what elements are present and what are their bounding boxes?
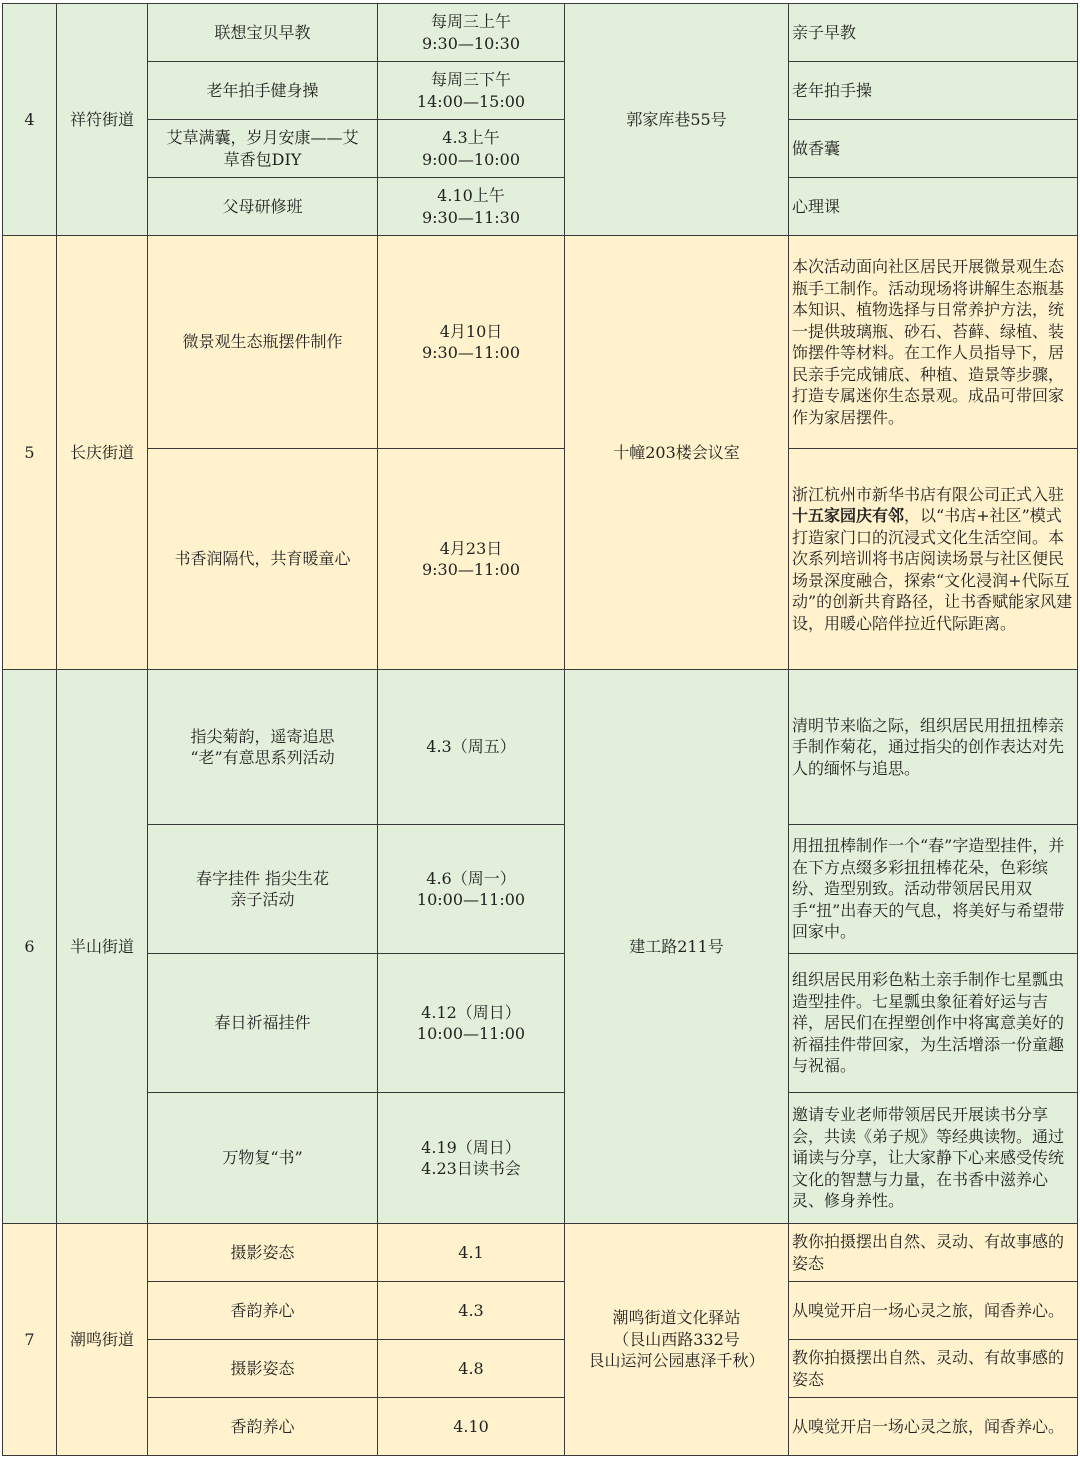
- activity-time: 每周三下午 14:00—15:00: [378, 62, 565, 120]
- row-number: 6: [3, 670, 57, 1224]
- activity-description: 用扭扭棒制作一个“春”字造型挂件，并在下方点缀多彩扭扭棒花朵，色彩缤纷、造型别致…: [789, 825, 1078, 954]
- activity-location: 建工路211号: [565, 670, 789, 1224]
- table-row: 香韵养心 4.10 从嗅觉开启一场心灵之旅，闻香养心。: [3, 1398, 1078, 1456]
- activity-name: 香韵养心: [148, 1398, 378, 1456]
- desc-text: 浙江杭州市新华书店有限公司正式入驻: [792, 485, 1064, 504]
- activity-time: 4月10日 9:30—11:00: [378, 236, 565, 449]
- activity-name: 摄影姿态: [148, 1340, 378, 1398]
- activity-description: 清明节来临之际，组织居民用扭扭棒亲手制作菊花，通过指尖的创作表达对先人的缅怀与追…: [789, 670, 1078, 825]
- activity-time: 4.3（周五）: [378, 670, 565, 825]
- activity-time: 4月23日 9:30—11:00: [378, 449, 565, 670]
- table-row: 书香润隔代，共育暖童心 4月23日 9:30—11:00 浙江杭州市新华书店有限…: [3, 449, 1078, 670]
- activity-name: 万物复“书”: [148, 1093, 378, 1224]
- activity-description: 从嗅觉开启一场心灵之旅，闻香养心。: [789, 1282, 1078, 1340]
- table-row: 香韵养心 4.3 从嗅觉开启一场心灵之旅，闻香养心。: [3, 1282, 1078, 1340]
- activity-description: 邀请专业老师带领居民开展读书分享会，共读《弟子规》等经典读物。通过诵读与分享，让…: [789, 1093, 1078, 1224]
- activity-time: 4.3: [378, 1282, 565, 1340]
- desc-highlight: 十五家园庆有邻: [792, 506, 904, 525]
- activity-description: 做香囊: [789, 120, 1078, 178]
- activity-name: 父母研修班: [148, 178, 378, 236]
- table-row: 4 祥符街道 联想宝贝早教 每周三上午 9:30—10:30 郭家库巷55号 亲…: [3, 4, 1078, 62]
- activity-time: 4.1: [378, 1224, 565, 1282]
- activity-description: 亲子早教: [789, 4, 1078, 62]
- activity-name: 老年拍手健身操: [148, 62, 378, 120]
- activity-description: 老年拍手操: [789, 62, 1078, 120]
- table-row: 7 潮鸣街道 摄影姿态 4.1 潮鸣街道文化驿站 （艮山西路332号 艮山运河公…: [3, 1224, 1078, 1282]
- activity-description: 本次活动面向社区居民开展微景观生态瓶手工制作。活动现场将讲解生态瓶基本知识、植物…: [789, 236, 1078, 449]
- activity-description: 教你拍摄摆出自然、灵动、有故事感的姿态: [789, 1224, 1078, 1282]
- activity-name: 春字挂件 指尖生花 亲子活动: [148, 825, 378, 954]
- activity-location: 十幢203楼会议室: [565, 236, 789, 670]
- table-row: 万物复“书” 4.19（周日） 4.23日读书会 邀请专业老师带领居民开展读书分…: [3, 1093, 1078, 1224]
- activity-time: 4.10: [378, 1398, 565, 1456]
- activity-description: 从嗅觉开启一场心灵之旅，闻香养心。: [789, 1398, 1078, 1456]
- activity-schedule-table: 4 祥符街道 联想宝贝早教 每周三上午 9:30—10:30 郭家库巷55号 亲…: [2, 3, 1078, 1456]
- activity-name: 春日祈福挂件: [148, 954, 378, 1093]
- street-name: 长庆街道: [57, 236, 148, 670]
- table-row: 5 长庆街道 微景观生态瓶摆件制作 4月10日 9:30—11:00 十幢203…: [3, 236, 1078, 449]
- row-number: 7: [3, 1224, 57, 1456]
- activity-location: 郭家库巷55号: [565, 4, 789, 236]
- activity-name: 书香润隔代，共育暖童心: [148, 449, 378, 670]
- activity-name: 香韵养心: [148, 1282, 378, 1340]
- activity-time: 4.3上午 9:00—10:00: [378, 120, 565, 178]
- activity-time: 4.19（周日） 4.23日读书会: [378, 1093, 565, 1224]
- activity-time: 4.8: [378, 1340, 565, 1398]
- activity-name: 艾草满囊，岁月安康——艾 草香包DIY: [148, 120, 378, 178]
- table-row: 春字挂件 指尖生花 亲子活动 4.6（周一） 10:00—11:00 用扭扭棒制…: [3, 825, 1078, 954]
- activity-time: 4.10上午 9:30—11:30: [378, 178, 565, 236]
- activity-name: 微景观生态瓶摆件制作: [148, 236, 378, 449]
- activity-description: 组织居民用彩色粘土亲手制作七星瓢虫造型挂件。七星瓢虫象征着好运与吉祥，居民们在捏…: [789, 954, 1078, 1093]
- activity-location: 潮鸣街道文化驿站 （艮山西路332号 艮山运河公园惠泽千秋）: [565, 1224, 789, 1456]
- table-row: 父母研修班 4.10上午 9:30—11:30 心理课: [3, 178, 1078, 236]
- table-row: 春日祈福挂件 4.12（周日） 10:00—11:00 组织居民用彩色粘土亲手制…: [3, 954, 1078, 1093]
- activity-name: 摄影姿态: [148, 1224, 378, 1282]
- activity-description: 教你拍摄摆出自然、灵动、有故事感的姿态: [789, 1340, 1078, 1398]
- table-row: 艾草满囊，岁月安康——艾 草香包DIY 4.3上午 9:00—10:00 做香囊: [3, 120, 1078, 178]
- activity-name: 指尖菊韵，遥寄追思 “老”有意思系列活动: [148, 670, 378, 825]
- street-name: 半山街道: [57, 670, 148, 1224]
- table-row: 6 半山街道 指尖菊韵，遥寄追思 “老”有意思系列活动 4.3（周五） 建工路2…: [3, 670, 1078, 825]
- activity-description: 心理课: [789, 178, 1078, 236]
- activity-description: 浙江杭州市新华书店有限公司正式入驻十五家园庆有邻，以“书店+社区”模式打造家门口…: [789, 449, 1078, 670]
- activity-time: 每周三上午 9:30—10:30: [378, 4, 565, 62]
- street-name: 潮鸣街道: [57, 1224, 148, 1456]
- activity-time: 4.6（周一） 10:00—11:00: [378, 825, 565, 954]
- row-number: 5: [3, 236, 57, 670]
- table-row: 老年拍手健身操 每周三下午 14:00—15:00 老年拍手操: [3, 62, 1078, 120]
- street-name: 祥符街道: [57, 4, 148, 236]
- activity-name: 联想宝贝早教: [148, 4, 378, 62]
- activity-time: 4.12（周日） 10:00—11:00: [378, 954, 565, 1093]
- table-row: 摄影姿态 4.8 教你拍摄摆出自然、灵动、有故事感的姿态: [3, 1340, 1078, 1398]
- row-number: 4: [3, 4, 57, 236]
